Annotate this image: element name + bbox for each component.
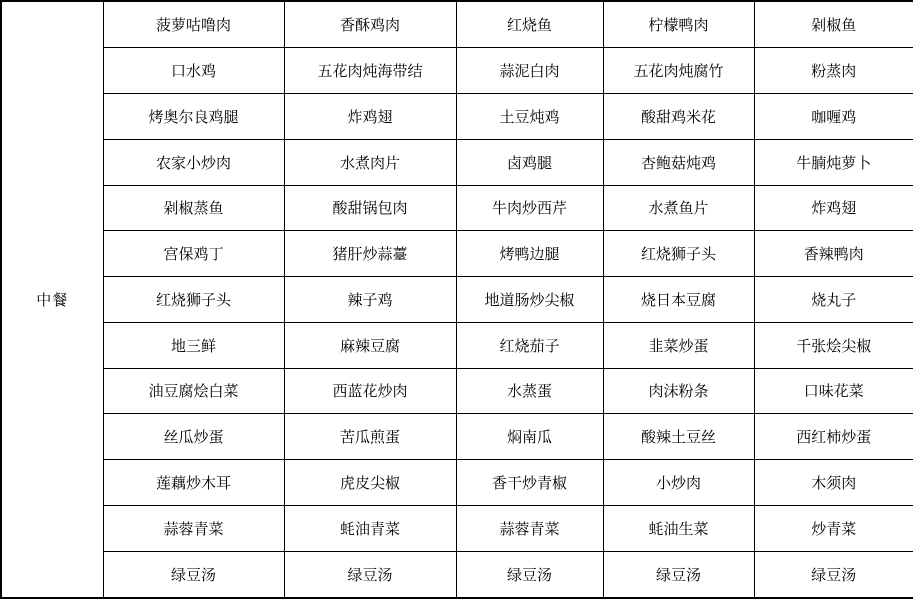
- dish-cell: 土豆炖鸡: [456, 94, 603, 140]
- dish-cell: 五花肉炖海带结: [284, 48, 456, 94]
- dish-cell: 卤鸡腿: [456, 139, 603, 185]
- dish-cell: 牛肉炒西芹: [456, 185, 603, 231]
- dish-cell: 蚝油生菜: [603, 505, 754, 551]
- menu-row: 剁椒蒸鱼酸甜锅包肉牛肉炒西芹水煮鱼片炸鸡翅: [1, 185, 913, 231]
- menu-row: 莲藕炒木耳虎皮尖椒香干炒青椒小炒肉木须肉: [1, 460, 913, 506]
- dish-cell: 口水鸡: [103, 48, 284, 94]
- dish-cell: 蚝油青菜: [284, 505, 456, 551]
- dish-cell: 香辣鸭肉: [754, 231, 913, 277]
- dish-cell: 焖南瓜: [456, 414, 603, 460]
- dish-cell: 蒜泥白肉: [456, 48, 603, 94]
- dish-cell: 丝瓜炒蛋: [103, 414, 284, 460]
- dish-cell: 水煮鱼片: [603, 185, 754, 231]
- dish-cell: 剁椒鱼: [754, 1, 913, 48]
- menu-row: 农家小炒肉水煮肉片卤鸡腿杏鲍菇炖鸡牛腩炖萝卜: [1, 139, 913, 185]
- dish-cell: 蒜蓉青菜: [103, 505, 284, 551]
- dish-cell: 韭菜炒蛋: [603, 322, 754, 368]
- dish-cell: 水蒸蛋: [456, 368, 603, 414]
- dish-cell: 麻辣豆腐: [284, 322, 456, 368]
- dish-cell: 酸甜鸡米花: [603, 94, 754, 140]
- menu-row: 宫保鸡丁猪肝炒蒜薹烤鸭边腿红烧狮子头香辣鸭肉: [1, 231, 913, 277]
- dish-cell: 五花肉炖腐竹: [603, 48, 754, 94]
- dish-cell: 烤奥尔良鸡腿: [103, 94, 284, 140]
- dish-cell: 红烧鱼: [456, 1, 603, 48]
- menu-row: 绿豆汤绿豆汤绿豆汤绿豆汤绿豆汤: [1, 551, 913, 598]
- menu-row: 油豆腐烩白菜西蓝花炒肉水蒸蛋肉沫粉条口味花菜: [1, 368, 913, 414]
- dish-cell: 炒青菜: [754, 505, 913, 551]
- dish-cell: 酸甜锅包肉: [284, 185, 456, 231]
- dish-cell: 红烧茄子: [456, 322, 603, 368]
- dish-cell: 农家小炒肉: [103, 139, 284, 185]
- dish-cell: 猪肝炒蒜薹: [284, 231, 456, 277]
- dish-cell: 烧丸子: [754, 277, 913, 323]
- dish-cell: 香酥鸡肉: [284, 1, 456, 48]
- menu-row: 蒜蓉青菜蚝油青菜蒜蓉青菜蚝油生菜炒青菜: [1, 505, 913, 551]
- dish-cell: 木须肉: [754, 460, 913, 506]
- dish-cell: 炸鸡翅: [284, 94, 456, 140]
- dish-cell: 小炒肉: [603, 460, 754, 506]
- dish-cell: 西红柿炒蛋: [754, 414, 913, 460]
- dish-cell: 肉沫粉条: [603, 368, 754, 414]
- dish-cell: 剁椒蒸鱼: [103, 185, 284, 231]
- menu-row: 中餐菠萝咕噜肉香酥鸡肉红烧鱼柠檬鸭肉剁椒鱼: [1, 1, 913, 48]
- dish-cell: 酸辣土豆丝: [603, 414, 754, 460]
- dish-cell: 红烧狮子头: [603, 231, 754, 277]
- menu-table: 中餐菠萝咕噜肉香酥鸡肉红烧鱼柠檬鸭肉剁椒鱼口水鸡五花肉炖海带结蒜泥白肉五花肉炖腐…: [0, 0, 913, 599]
- dish-cell: 绿豆汤: [284, 551, 456, 598]
- dish-cell: 香干炒青椒: [456, 460, 603, 506]
- dish-cell: 辣子鸡: [284, 277, 456, 323]
- dish-cell: 宫保鸡丁: [103, 231, 284, 277]
- menu-row: 口水鸡五花肉炖海带结蒜泥白肉五花肉炖腐竹粉蒸肉: [1, 48, 913, 94]
- menu-row: 红烧狮子头辣子鸡地道肠炒尖椒烧日本豆腐烧丸子: [1, 277, 913, 323]
- dish-cell: 粉蒸肉: [754, 48, 913, 94]
- dish-cell: 口味花菜: [754, 368, 913, 414]
- dish-cell: 地道肠炒尖椒: [456, 277, 603, 323]
- dish-cell: 牛腩炖萝卜: [754, 139, 913, 185]
- dish-cell: 水煮肉片: [284, 139, 456, 185]
- dish-cell: 西蓝花炒肉: [284, 368, 456, 414]
- dish-cell: 蒜蓉青菜: [456, 505, 603, 551]
- menu-row: 地三鲜麻辣豆腐红烧茄子韭菜炒蛋千张烩尖椒: [1, 322, 913, 368]
- dish-cell: 绿豆汤: [103, 551, 284, 598]
- dish-cell: 绿豆汤: [456, 551, 603, 598]
- meal-category-label: 中餐: [1, 1, 103, 598]
- dish-cell: 烧日本豆腐: [603, 277, 754, 323]
- dish-cell: 地三鲜: [103, 322, 284, 368]
- dish-cell: 杏鲍菇炖鸡: [603, 139, 754, 185]
- dish-cell: 烤鸭边腿: [456, 231, 603, 277]
- dish-cell: 柠檬鸭肉: [603, 1, 754, 48]
- dish-cell: 油豆腐烩白菜: [103, 368, 284, 414]
- dish-cell: 虎皮尖椒: [284, 460, 456, 506]
- menu-row: 烤奥尔良鸡腿炸鸡翅土豆炖鸡酸甜鸡米花咖喱鸡: [1, 94, 913, 140]
- dish-cell: 红烧狮子头: [103, 277, 284, 323]
- menu-row: 丝瓜炒蛋苦瓜煎蛋焖南瓜酸辣土豆丝西红柿炒蛋: [1, 414, 913, 460]
- dish-cell: 莲藕炒木耳: [103, 460, 284, 506]
- dish-cell: 千张烩尖椒: [754, 322, 913, 368]
- dish-cell: 菠萝咕噜肉: [103, 1, 284, 48]
- dish-cell: 炸鸡翅: [754, 185, 913, 231]
- dish-cell: 绿豆汤: [603, 551, 754, 598]
- dish-cell: 绿豆汤: [754, 551, 913, 598]
- dish-cell: 苦瓜煎蛋: [284, 414, 456, 460]
- dish-cell: 咖喱鸡: [754, 94, 913, 140]
